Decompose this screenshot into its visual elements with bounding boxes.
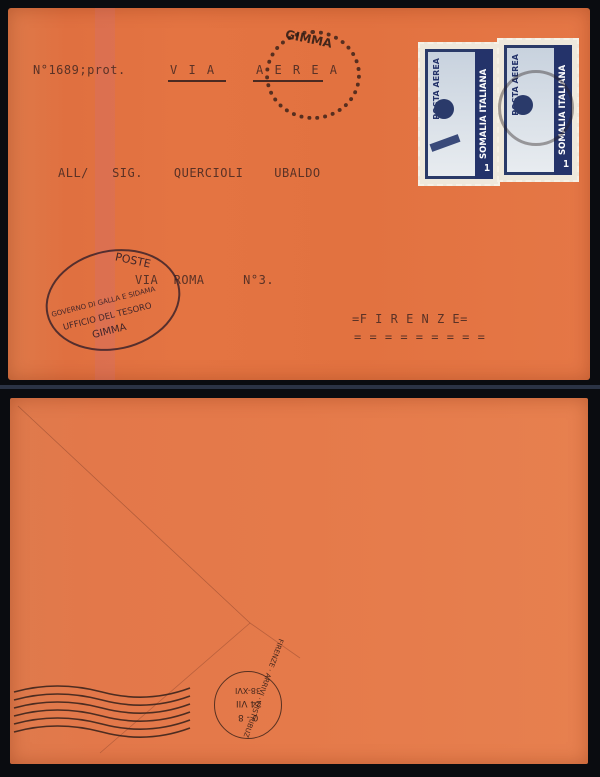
arrival-date: 24 VII [236,698,262,708]
separator [0,385,600,389]
city-underline: = = = = = = = = = [354,330,485,344]
reference-number: N°1689;prot. [33,63,126,77]
stamp-cancellation [498,70,574,146]
stamp-value: 1 [563,159,569,170]
city-line: =F I R E N Z E= [352,312,468,326]
via-label: V I A [170,63,216,77]
arrival-year: 38-XVI [235,686,261,695]
via-underline [168,80,226,82]
stamp-figure-icon [434,99,454,119]
arrival-time: 0 - 8 [238,712,258,722]
airmail-stamp: POSTA AEREA SOMALIA ITALIANA 1 [418,42,500,186]
stamp-country-text: SOMALIA ITALIANA [475,49,493,179]
addressee-line: ALL/ SIG. QUERCIOLI UBALDO [58,166,321,180]
stamp-value: 1 [484,163,490,174]
wavy-cancel-lines [12,680,192,740]
